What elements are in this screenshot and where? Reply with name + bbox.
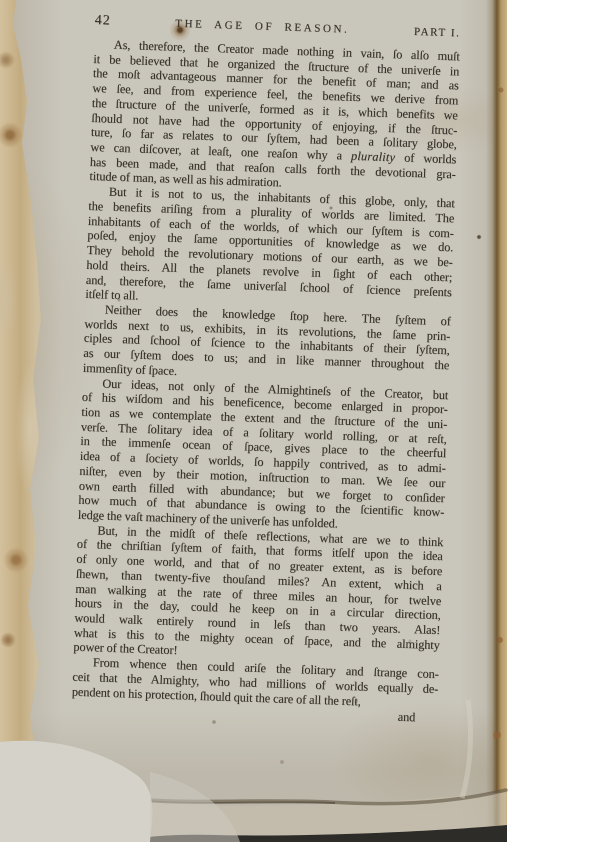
- paragraph: Neither does the knowledge ſtop here. Th…: [83, 302, 451, 388]
- paragraph: Our ideas, not only of the Almightineſs …: [78, 375, 449, 535]
- paragraph: As, therefore, the Creator made nothing …: [89, 37, 460, 197]
- paragraph: But, in the midſt of theſe reflections, …: [73, 522, 443, 667]
- binding-edge: [486, 0, 507, 842]
- paragraph: But it is not to us, the inhabitants of …: [85, 184, 455, 314]
- page-number: 42: [94, 13, 111, 30]
- part-label: PART I.: [414, 26, 461, 40]
- page-content: 42 THE AGE OF REASON. PART I. As, theref…: [71, 13, 461, 726]
- body-text: As, therefore, the Creator made nothing …: [71, 37, 460, 726]
